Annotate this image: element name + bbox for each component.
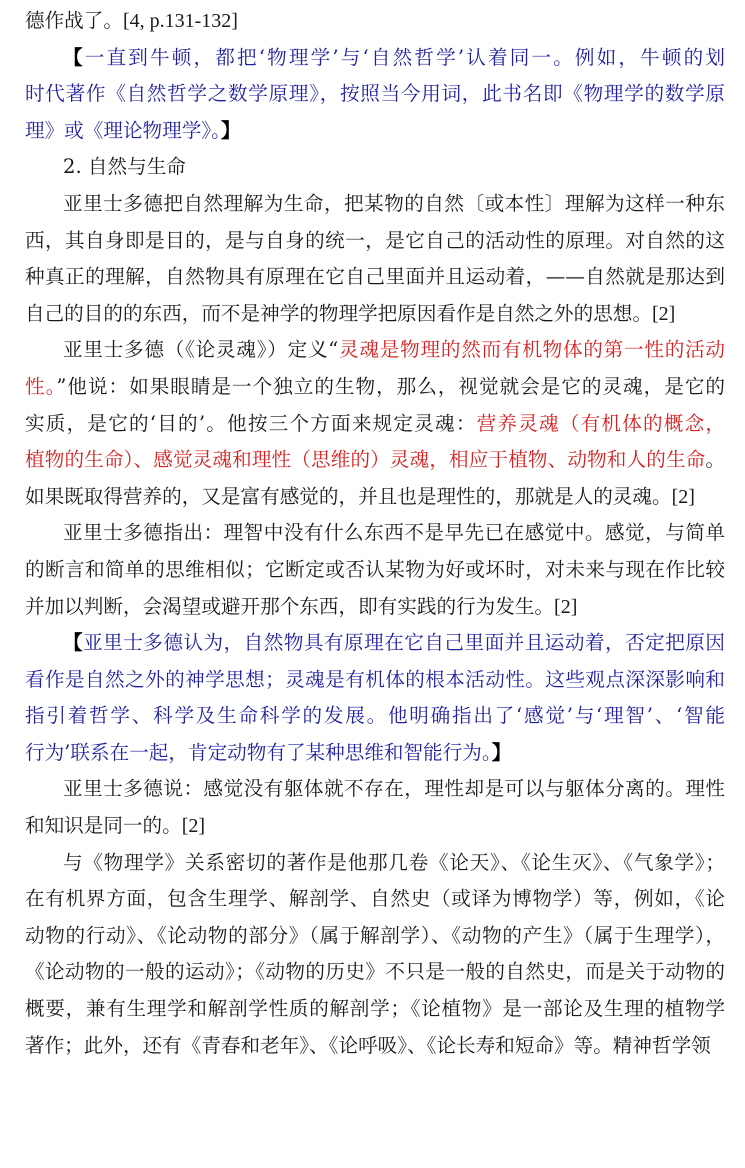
commentary-text: 理》或《理论物理学》。 [25, 119, 221, 142]
text-line: 亚里士多德把自然理解为生命，把某物的自然〔或本性〕理解为这样一种东 [25, 186, 725, 223]
body-text: 西，其自身即是目的，是与自身的统一，是它自己的活动性的原理。对自然的这 [25, 229, 725, 252]
citation: [2] [652, 303, 675, 325]
text-line: 看作是自然之外的神学思想；灵魂是有机体的根本活动性。这些观点深深影响和 [25, 662, 725, 699]
body-text: 概要，兼有生理学和解剖学性质的解剖学；《论植物》是一部论及生理的植物学 [25, 997, 725, 1020]
body-text: 。 [705, 448, 725, 471]
commentary-bracket: 】 [221, 119, 241, 142]
document-page: 德作战了。[4, p.131-132]【一直到牛顿，都把‘物理学’与‘自然哲学’… [25, 3, 725, 1064]
highlighted-quote: 营养灵魂（有机体的概念， [477, 412, 725, 435]
text-line: 【亚里士多德认为，自然物具有原理在它自己里面并且运动着，否定把原因 [25, 625, 725, 662]
text-line: 时代著作《自然哲学之数学原理》，按照当今用词，此书名即《物理学的数学原 [25, 76, 725, 113]
body-text: 2. 自然与生命 [63, 155, 186, 178]
text-line: 与《物理学》关系密切的著作是他那几卷《论天》、《论生灭》、《气象学》； [25, 845, 725, 882]
body-text: 亚里士多德指出：理智中没有什么东西不是早先已在感觉中。感觉，与简单 [63, 521, 725, 544]
text-line: 实质，是它的‘目的’。他按三个方面来规定灵魂：营养灵魂（有机体的概念， [25, 406, 725, 443]
text-line: 亚里士多德（《论灵魂》）定义“灵魂是物理的然而有机物体的第一性的活动 [25, 332, 725, 369]
citation: [2] [182, 815, 205, 837]
text-line: 并加以判断，会渴望或避开那个东西，即有实践的行为发生。[2] [25, 589, 725, 626]
body-text: 动物的行动》、《论动物的部分》（属于解剖学）、《动物的产生》（属于生理学）， [25, 924, 725, 947]
body-text: 与《物理学》关系密切的著作是他那几卷《论天》、《论生灭》、《气象学》； [63, 851, 725, 874]
body-text: 《论动物的一般的运动》；《动物的历史》不只是一般的自然史，而是关于动物的 [25, 960, 725, 983]
text-paragraph: 亚里士多德（《论灵魂》）定义“灵魂是物理的然而有机物体的第一性的活动性。”他说：… [25, 332, 725, 515]
body-text: 德作战了。 [25, 9, 123, 32]
highlighted-quote: 性。 [25, 375, 56, 398]
commentary-text: 行为’联系在一起，肯定动物有了某种思维和智能行为。 [25, 741, 492, 764]
commentary-text: 一直到牛顿，都把‘物理学’与‘自然哲学’认着同一。例如，牛顿的划 [85, 46, 725, 69]
text-paragraph: 与《物理学》关系密切的著作是他那几卷《论天》、《论生灭》、《气象学》；在有机界方… [25, 845, 725, 1065]
text-line: 德作战了。[4, p.131-132] [25, 3, 725, 40]
text-line: 【一直到牛顿，都把‘物理学’与‘自然哲学’认着同一。例如，牛顿的划 [25, 40, 725, 77]
citation: [2] [554, 596, 577, 618]
body-text: 亚里士多德说：感觉没有躯体就不存在，理性却是可以与躯体分离的。理性 [63, 777, 725, 800]
commentary-text: 指引着哲学、科学及生命科学的发展。他明确指出了‘感觉’与‘理智’、‘智能 [25, 704, 725, 727]
text-line: 行为’联系在一起，肯定动物有了某种思维和智能行为。】 [25, 735, 725, 772]
text-line: 指引着哲学、科学及生命科学的发展。他明确指出了‘感觉’与‘理智’、‘智能 [25, 698, 725, 735]
body-text: 和知识是同一的。 [25, 814, 182, 837]
text-line: 理》或《理论物理学》。】 [25, 113, 725, 150]
text-line: 植物的生命）、感觉灵魂和理性（思维的）灵魂，相应于植物、动物和人的生命。 [25, 442, 725, 479]
commentary-bracket: 【 [63, 631, 83, 654]
text-paragraph: 亚里士多德把自然理解为生命，把某物的自然〔或本性〕理解为这样一种东西，其自身即是… [25, 186, 725, 332]
text-line: 在有机界方面，包含生理学、解剖学、自然史（或译为博物学）等，例如，《论 [25, 881, 725, 918]
commentary-text: 亚里士多德认为，自然物具有原理在它自己里面并且运动着，否定把原因 [83, 631, 725, 654]
text-line: 种真正的理解，自然物具有原理在它自己里面并且运动着，——自然就是那达到 [25, 259, 725, 296]
text-line: 的断言和简单的思维相似；它断定或否认某物为好或坏时，对未来与现在作比较 [25, 552, 725, 589]
text-line: 《论动物的一般的运动》；《动物的历史》不只是一般的自然史，而是关于动物的 [25, 954, 725, 991]
text-paragraph: 亚里士多德指出：理智中没有什么东西不是早先已在感觉中。感觉，与简单的断言和简单的… [25, 515, 725, 625]
body-text: 著作；此外，还有《青春和老年》、《论呼吸》、《论长寿和短命》等。精神哲学领 [25, 1034, 711, 1057]
text-line: 和知识是同一的。[2] [25, 808, 725, 845]
highlighted-quote: 灵魂是物理的然而有机物体的第一性的活动 [338, 338, 725, 361]
body-text: 在有机界方面，包含生理学、解剖学、自然史（或译为博物学）等，例如，《论 [25, 887, 725, 910]
body-text: 实质，是它的‘目的’。他按三个方面来规定灵魂： [25, 412, 477, 435]
text-line: 亚里士多德指出：理智中没有什么东西不是早先已在感觉中。感觉，与简单 [25, 515, 725, 552]
text-line: 著作；此外，还有《青春和老年》、《论呼吸》、《论长寿和短命》等。精神哲学领 [25, 1028, 725, 1065]
text-paragraph: 德作战了。[4, p.131-132] [25, 3, 725, 40]
text-line: 动物的行动》、《论动物的部分》（属于解剖学）、《动物的产生》（属于生理学）， [25, 918, 725, 955]
text-line: 2. 自然与生命 [25, 149, 725, 186]
section-heading: 2. 自然与生命 [25, 149, 725, 186]
body-text: 自己的目的的东西，而不是神学的物理学把原因看作是自然之外的思想。 [25, 302, 652, 325]
body-text: 亚里士多德（《论灵魂》）定义“ [63, 338, 338, 361]
body-text: 的断言和简单的思维相似；它断定或否认某物为好或坏时，对未来与现在作比较 [25, 558, 725, 581]
body-text: ”他说：如果眼睛是一个独立的生物，那么，视觉就会是它的灵魂，是它的 [56, 375, 725, 398]
commentary-paragraph: 【一直到牛顿，都把‘物理学’与‘自然哲学’认着同一。例如，牛顿的划时代著作《自然… [25, 40, 725, 150]
text-paragraph: 亚里士多德说：感觉没有躯体就不存在，理性却是可以与躯体分离的。理性和知识是同一的… [25, 771, 725, 844]
text-line: 如果既取得营养的，又是富有感觉的，并且也是理性的，那就是人的灵魂。[2] [25, 479, 725, 516]
body-text: 亚里士多德把自然理解为生命，把某物的自然〔或本性〕理解为这样一种东 [63, 192, 725, 215]
commentary-bracket: 】 [492, 741, 512, 764]
commentary-text: 时代著作《自然哲学之数学原理》，按照当今用词，此书名即《物理学的数学原 [25, 82, 725, 105]
commentary-paragraph: 【亚里士多德认为，自然物具有原理在它自己里面并且运动着，否定把原因看作是自然之外… [25, 625, 725, 771]
text-line: 自己的目的的东西，而不是神学的物理学把原因看作是自然之外的思想。[2] [25, 296, 725, 333]
body-text: 种真正的理解，自然物具有原理在它自己里面并且运动着，——自然就是那达到 [25, 265, 725, 288]
text-line: 概要，兼有生理学和解剖学性质的解剖学；《论植物》是一部论及生理的植物学 [25, 991, 725, 1028]
commentary-text: 看作是自然之外的神学思想；灵魂是有机体的根本活动性。这些观点深深影响和 [25, 668, 725, 691]
body-text: 并加以判断，会渴望或避开那个东西，即有实践的行为发生。 [25, 595, 554, 618]
highlighted-quote: 植物的生命）、感觉灵魂和理性（思维的）灵魂，相应于植物、动物和人的生命 [25, 448, 705, 471]
commentary-bracket: 【 [63, 46, 85, 69]
body-text: 如果既取得营养的，又是富有感觉的，并且也是理性的，那就是人的灵魂。 [25, 485, 672, 508]
text-line: 西，其自身即是目的，是与自身的统一，是它自己的活动性的原理。对自然的这 [25, 223, 725, 260]
citation: [2] [672, 486, 695, 508]
text-line: 性。”他说：如果眼睛是一个独立的生物，那么，视觉就会是它的灵魂，是它的 [25, 369, 725, 406]
citation: [4, p.131-132] [123, 10, 238, 32]
text-line: 亚里士多德说：感觉没有躯体就不存在，理性却是可以与躯体分离的。理性 [25, 771, 725, 808]
